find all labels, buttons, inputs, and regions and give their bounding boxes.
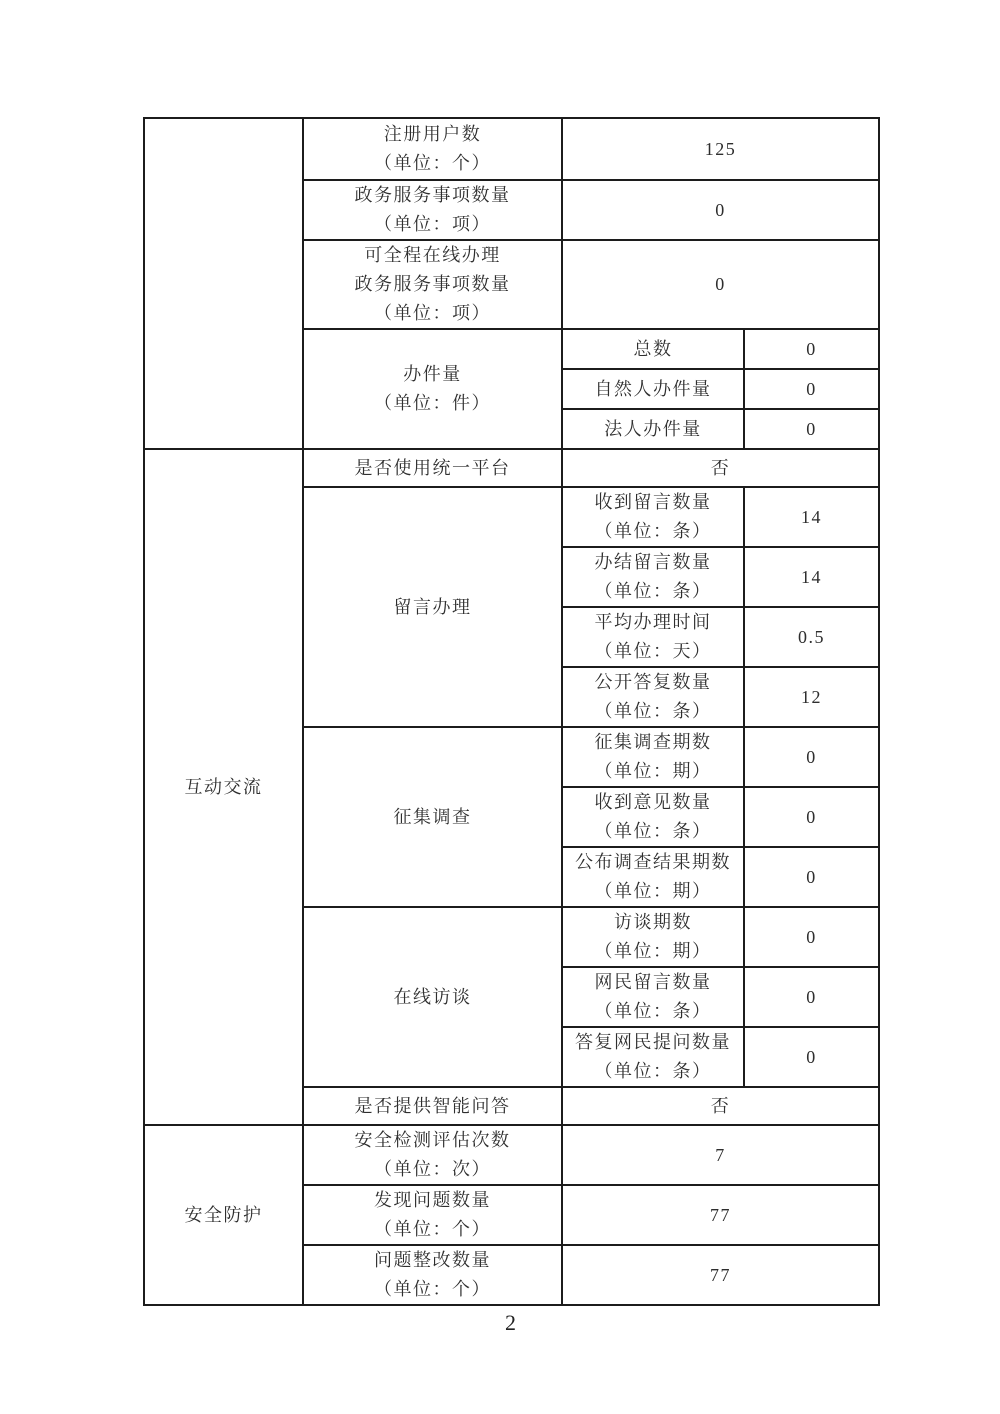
- table-row: 安全防护 安全检测评估次数 （单位：次） 7: [144, 1125, 879, 1185]
- value-cell: 0: [744, 907, 879, 967]
- report-table: 注册用户数 （单位：个） 125 政务服务事项数量 （单位：项） 0 可全程在线…: [143, 117, 880, 1306]
- category-cell: [144, 118, 303, 449]
- metric-cell: 是否提供智能问答: [303, 1087, 562, 1125]
- metric-cell: 问题整改数量 （单位：个）: [303, 1245, 562, 1305]
- value-cell: 14: [744, 487, 879, 547]
- table-row: 互动交流 是否使用统一平台 否: [144, 449, 879, 487]
- metric-cell: 可全程在线办理 政务服务事项数量 （单位：项）: [303, 240, 562, 329]
- value-cell: 否: [562, 449, 879, 487]
- metric-cell: 办件量 （单位：件）: [303, 329, 562, 449]
- page-number: 2: [143, 1310, 878, 1336]
- value-cell: 0: [562, 180, 879, 240]
- value-cell: 14: [744, 547, 879, 607]
- value-cell: 0: [744, 847, 879, 907]
- value-cell: 12: [744, 667, 879, 727]
- metric-cell: 留言办理: [303, 487, 562, 727]
- submetric-cell: 自然人办件量: [562, 369, 744, 409]
- value-cell: 125: [562, 118, 879, 180]
- submetric-cell: 法人办件量: [562, 409, 744, 449]
- value-cell: 0: [562, 240, 879, 329]
- value-cell: 77: [562, 1185, 879, 1245]
- submetric-cell: 公开答复数量 （单位：条）: [562, 667, 744, 727]
- metric-cell: 是否使用统一平台: [303, 449, 562, 487]
- metric-cell: 安全检测评估次数 （单位：次）: [303, 1125, 562, 1185]
- submetric-cell: 收到留言数量 （单位：条）: [562, 487, 744, 547]
- submetric-cell: 网民留言数量 （单位：条）: [562, 967, 744, 1027]
- value-cell: 否: [562, 1087, 879, 1125]
- value-cell: 0: [744, 727, 879, 787]
- submetric-cell: 征集调查期数 （单位：期）: [562, 727, 744, 787]
- submetric-cell: 平均办理时间 （单位：天）: [562, 607, 744, 667]
- metric-cell: 在线访谈: [303, 907, 562, 1087]
- submetric-cell: 办结留言数量 （单位：条）: [562, 547, 744, 607]
- category-cell: 互动交流: [144, 449, 303, 1125]
- document-page: 注册用户数 （单位：个） 125 政务服务事项数量 （单位：项） 0 可全程在线…: [0, 0, 1000, 1414]
- value-cell: 0: [744, 369, 879, 409]
- value-cell: 7: [562, 1125, 879, 1185]
- value-cell: 0: [744, 787, 879, 847]
- submetric-cell: 总数: [562, 329, 744, 369]
- submetric-cell: 访谈期数 （单位：期）: [562, 907, 744, 967]
- submetric-cell: 答复网民提问数量 （单位：条）: [562, 1027, 744, 1087]
- value-cell: 77: [562, 1245, 879, 1305]
- metric-cell: 发现问题数量 （单位：个）: [303, 1185, 562, 1245]
- value-cell: 0: [744, 329, 879, 369]
- table-row: 注册用户数 （单位：个） 125: [144, 118, 879, 180]
- metric-cell: 征集调查: [303, 727, 562, 907]
- metric-cell: 注册用户数 （单位：个）: [303, 118, 562, 180]
- category-cell: 安全防护: [144, 1125, 303, 1305]
- value-cell: 0: [744, 1027, 879, 1087]
- submetric-cell: 公布调查结果期数 （单位：期）: [562, 847, 744, 907]
- value-cell: 0: [744, 409, 879, 449]
- value-cell: 0.5: [744, 607, 879, 667]
- metric-cell: 政务服务事项数量 （单位：项）: [303, 180, 562, 240]
- submetric-cell: 收到意见数量 （单位：条）: [562, 787, 744, 847]
- value-cell: 0: [744, 967, 879, 1027]
